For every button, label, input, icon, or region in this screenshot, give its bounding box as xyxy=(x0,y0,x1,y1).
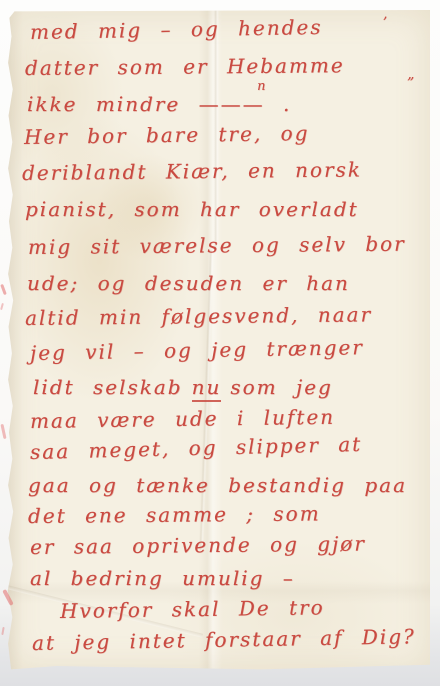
handwriting-line: ikke mindre ——— . xyxy=(27,92,291,116)
handwriting-text: altid min følgesvend, naar xyxy=(25,302,372,330)
handwriting-line: al bedring umulig – xyxy=(30,566,295,590)
handwriting-block: med mig – og hendes ’ datter som er Heba… xyxy=(6,10,430,670)
handwriting-line: Hvorfor skal De tro xyxy=(60,595,325,623)
letter-paper: med mig – og hendes ’ datter som er Heba… xyxy=(6,10,430,670)
handwriting-text: lidt selskab xyxy=(33,375,183,399)
stray-mark: „ xyxy=(407,67,416,83)
handwriting-text: er saa oprivende og gjør xyxy=(30,531,366,559)
handwriting-line: lidt selskabnusom jeg xyxy=(33,375,333,399)
handwriting-line: deriblandt Kiær, en norsk xyxy=(22,157,362,185)
handwriting-text: al bedring umulig – xyxy=(30,566,295,590)
handwriting-line: jeg vil – og jeg trænger xyxy=(30,335,364,365)
handwriting-line: pianist, som har overladt xyxy=(25,197,359,221)
handwriting-text: datter som er Hebamme xyxy=(25,53,345,80)
handwriting-text: maa være ude i luften xyxy=(30,405,335,433)
handwriting-text: med mig – og hendes xyxy=(30,15,323,44)
handwriting-text: mig sit værelse og selv bor xyxy=(28,232,406,259)
handwriting-line: mig sit værelse og selv bor xyxy=(28,232,406,259)
handwriting-text: ikke mindre ——— . xyxy=(27,92,291,116)
handwriting-line: ude; og desuden er han xyxy=(27,271,350,295)
ink-bleed-mark xyxy=(0,424,6,439)
handwriting-text: pianist, som har overladt xyxy=(25,197,359,221)
handwriting-text: Hvorfor skal De tro xyxy=(60,595,325,623)
handwriting-text: som jeg xyxy=(230,375,332,399)
handwriting-text: deriblandt Kiær, en norsk xyxy=(22,157,362,185)
handwriting-line: er saa oprivende og gjør xyxy=(30,531,366,559)
handwriting-line: gaa og tænke bestandig paa xyxy=(28,473,407,497)
stray-mark: ’ xyxy=(383,15,390,31)
handwriting-line: saa meget, og slipper at xyxy=(30,432,363,464)
handwriting-text: saa meget, og slipper at xyxy=(30,432,363,464)
handwriting-line: med mig – og hendes ’ xyxy=(30,14,390,44)
handwriting-text: jeg vil – og jeg trænger xyxy=(30,335,364,365)
handwriting-text: gaa og tænke bestandig paa xyxy=(28,473,407,497)
handwriting-line: Her bor bare tre, og xyxy=(24,121,310,149)
ink-bleed-mark xyxy=(1,627,4,635)
ink-bleed-mark xyxy=(0,303,4,310)
handwriting-line: maa være ude i luften xyxy=(30,405,335,433)
handwriting-line: altid min følgesvend, naar xyxy=(25,302,372,330)
handwriting-line: at jeg intet forstaar af Dig? xyxy=(32,624,416,655)
letter-scan: med mig – og hendes ’ datter som er Heba… xyxy=(0,0,440,686)
handwriting-text: det ene samme ; som xyxy=(28,501,321,528)
handwriting-line: det ene samme ; som xyxy=(28,501,321,528)
underlined-word: nu xyxy=(192,375,222,402)
handwriting-text: ude; og desuden er han xyxy=(27,271,350,295)
handwriting-text: at jeg intet forstaar af Dig? xyxy=(32,624,416,655)
handwriting-line: datter som er Hebamme „ n xyxy=(25,53,417,86)
handwriting-text: Her bor bare tre, og xyxy=(24,121,310,149)
ink-bleed-mark xyxy=(0,284,7,295)
